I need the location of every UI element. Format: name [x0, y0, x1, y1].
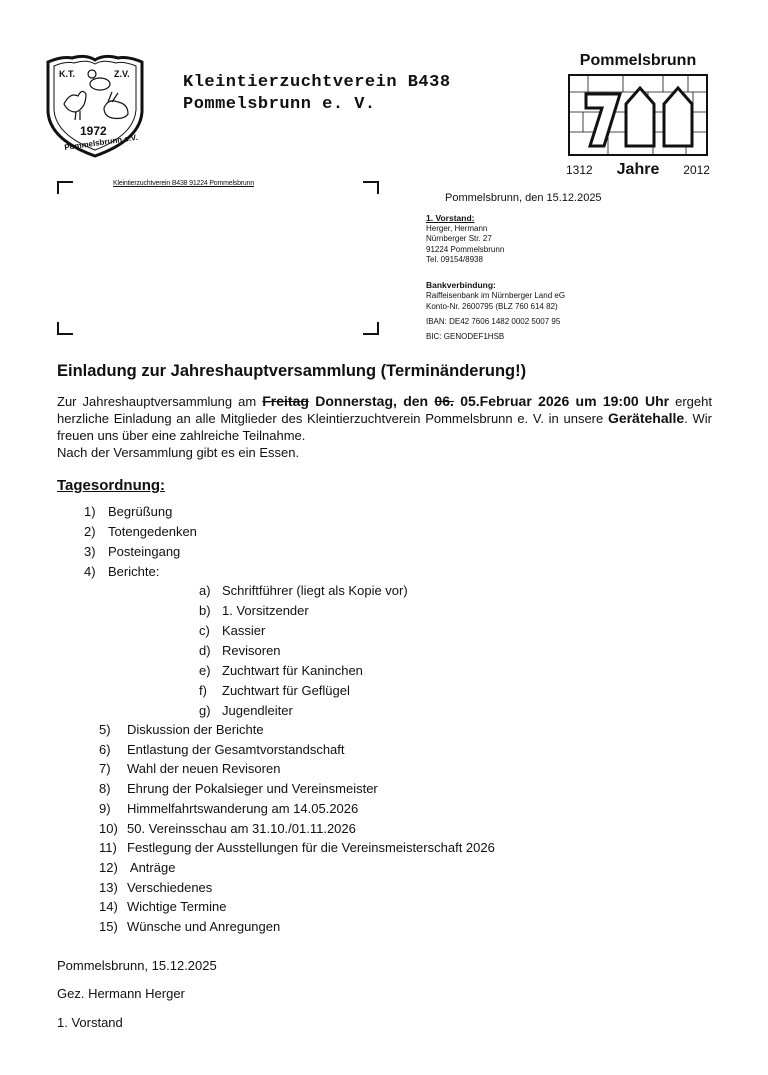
bank-heading: Bankverbindung: — [426, 280, 565, 291]
list-text: Berichte: — [108, 564, 159, 579]
address-window-corner — [57, 322, 73, 335]
chair-name: Herger, Hermann — [426, 224, 504, 235]
agenda-title: Tagesordnung: — [57, 477, 165, 494]
list-number: b) — [199, 602, 222, 620]
list-number: 8) — [99, 780, 127, 798]
club-name: Kleintierzuchtverein B438 Pommelsbrunn e… — [183, 72, 451, 116]
bank-iban: IBAN: DE42 7606 1482 0002 5007 95 — [426, 317, 565, 328]
report-item: g)Jugendleiter — [199, 702, 293, 720]
list-text: Ehrung der Pokalsieger und Vereinsmeiste… — [127, 781, 378, 796]
list-number: 6) — [99, 741, 127, 759]
meal-note: Nach der Versammlung gibt es ein Essen. — [57, 444, 712, 461]
list-text: Zuchtwart für Kaninchen — [222, 663, 363, 678]
agenda-item: 11)Festlegung der Ausstellungen für die … — [99, 839, 495, 857]
chair-phone: Tel. 09154/8938 — [426, 255, 504, 266]
struck-day: Freitag — [262, 393, 309, 409]
chair-street: Nürnberger Str. 27 — [426, 234, 504, 245]
address-window-corner — [363, 181, 379, 194]
invitation-paragraph: Zur Jahreshauptversammlung am Freitag Do… — [57, 393, 712, 461]
list-text: Anträge — [127, 860, 175, 875]
logo-kt: K.T. — [59, 69, 75, 79]
list-text: Jugendleiter — [222, 703, 293, 718]
bank-details: Bankverbindung: Raiffeisenbank im Nürnbe… — [426, 280, 565, 343]
list-number: 3) — [84, 543, 108, 561]
list-text: Himmelfahrtswanderung am 14.05.2026 — [127, 801, 358, 816]
agenda-item: 4)Berichte: — [84, 563, 159, 581]
agenda-item: 5)Diskussion der Berichte — [99, 721, 264, 739]
list-number: d) — [199, 642, 222, 660]
bank-account: Konto-Nr. 2600795 (BLZ 760 614 82) — [426, 302, 565, 313]
agenda-item: 6)Entlastung der Gesamtvorstandschaft — [99, 741, 345, 759]
list-text: Schriftführer (liegt als Kopie vor) — [222, 583, 408, 598]
closing-place-date: Pommelsbrunn, 15.12.2025 — [57, 958, 217, 973]
list-text: Wahl der neuen Revisoren — [127, 761, 280, 776]
list-number: a) — [199, 582, 222, 600]
signature-role: 1. Vorstand — [57, 1015, 123, 1030]
list-text: Entlastung der Gesamtvorstandschaft — [127, 742, 345, 757]
anniversary-years: 1312 Jahre 2012 — [566, 161, 710, 179]
list-number: 11) — [99, 839, 127, 857]
list-text: 1. Vorsitzender — [222, 603, 309, 618]
list-text: Diskussion der Berichte — [127, 722, 264, 737]
list-number: 15) — [99, 918, 127, 936]
report-item: b)1. Vorsitzender — [199, 602, 309, 620]
intro-text: Zur Jahreshauptversammlung am — [57, 394, 262, 409]
letter-headline: Einladung zur Jahreshauptversammlung (Te… — [57, 362, 526, 381]
signature: Gez. Hermann Herger — [57, 986, 185, 1001]
struck-date: 06. — [434, 393, 453, 409]
report-item: e)Zuchtwart für Kaninchen — [199, 662, 363, 680]
agenda-item: 10)50. Vereinsschau am 31.10./01.11.2026 — [99, 820, 356, 838]
list-text: Festlegung der Ausstellungen für die Ver… — [127, 840, 495, 855]
logo-year: 1972 — [80, 124, 107, 138]
new-date: 05.Februar 2026 um 19:00 Uhr — [454, 393, 669, 409]
new-day: Donnerstag, den — [309, 393, 435, 409]
list-number: e) — [199, 662, 222, 680]
list-number: 10) — [99, 820, 127, 838]
list-number: 9) — [99, 800, 127, 818]
list-number: g) — [199, 702, 222, 720]
agenda-item: 15)Wünsche und Anregungen — [99, 918, 280, 936]
agenda-item: 2)Totengedenken — [84, 523, 197, 541]
address-window-corner — [57, 181, 73, 194]
list-number: 5) — [99, 721, 127, 739]
chair-heading: 1. Vorstand: — [426, 213, 504, 224]
list-number: 13) — [99, 879, 127, 897]
agenda-item: 7)Wahl der neuen Revisoren — [99, 760, 280, 778]
venue: Gerätehalle — [608, 410, 684, 426]
year-start: 1312 — [566, 163, 593, 177]
list-text: Wichtige Termine — [127, 899, 226, 914]
agenda-item: 8)Ehrung der Pokalsieger und Vereinsmeis… — [99, 780, 378, 798]
agenda-item: 12) Anträge — [99, 859, 175, 877]
club-logo: K.T. Z.V. 1972 Pommelsbrunn e.V. — [42, 52, 148, 160]
bank-name: Raiffeisenbank im Nürnberger Land eG — [426, 291, 565, 302]
logo-zv: Z.V. — [114, 69, 130, 79]
list-number: 7) — [99, 760, 127, 778]
list-text: Zuchtwart für Geflügel — [222, 683, 350, 698]
address-window-corner — [363, 322, 379, 335]
list-text: Begrüßung — [108, 504, 172, 519]
agenda-item: 3)Posteingang — [84, 543, 180, 561]
list-text: 50. Vereinsschau am 31.10./01.11.2026 — [127, 821, 356, 836]
list-text: Kassier — [222, 623, 265, 638]
list-number: 2) — [84, 523, 108, 541]
years-label: Jahre — [617, 161, 660, 179]
wall-700-graphic — [568, 74, 708, 156]
list-number: 12) — [99, 859, 127, 877]
list-number: 1) — [84, 503, 108, 521]
year-end: 2012 — [683, 163, 710, 177]
agenda-item: 14)Wichtige Termine — [99, 898, 226, 916]
list-text: Posteingang — [108, 544, 180, 559]
list-text: Wünsche und Anregungen — [127, 919, 280, 934]
chair-city: 91224 Pommelsbrunn — [426, 245, 504, 256]
list-number: 14) — [99, 898, 127, 916]
list-text: Totengedenken — [108, 524, 197, 539]
club-name-line2: Pommelsbrunn e. V. — [183, 94, 451, 116]
place-date: Pommelsbrunn, den 15.12.2025 — [445, 192, 602, 204]
club-name-line1: Kleintierzuchtverein B438 — [183, 72, 451, 94]
report-item: d)Revisoren — [199, 642, 281, 660]
anniversary-logo: Pommelsbrunn 1312 Jahre 2012 — [566, 52, 710, 182]
sender-return-line: Kleintierzuchtverein B438 91224 Pommelsb… — [113, 180, 254, 187]
chair-contact: 1. Vorstand: Herger, Hermann Nürnberger … — [426, 213, 504, 266]
report-item: f)Zuchtwart für Geflügel — [199, 682, 350, 700]
report-item: c)Kassier — [199, 622, 265, 640]
list-number: f) — [199, 682, 222, 700]
anniversary-town: Pommelsbrunn — [566, 52, 710, 70]
report-item: a)Schriftführer (liegt als Kopie vor) — [199, 582, 408, 600]
bank-bic: BIC: GENODEF1HSB — [426, 332, 565, 343]
list-text: Revisoren — [222, 643, 281, 658]
agenda-item: 1)Begrüßung — [84, 503, 172, 521]
list-text: Verschiedenes — [127, 880, 212, 895]
list-number: c) — [199, 622, 222, 640]
agenda-item: 9)Himmelfahrtswanderung am 14.05.2026 — [99, 800, 358, 818]
list-number: 4) — [84, 563, 108, 581]
agenda-item: 13)Verschiedenes — [99, 879, 212, 897]
